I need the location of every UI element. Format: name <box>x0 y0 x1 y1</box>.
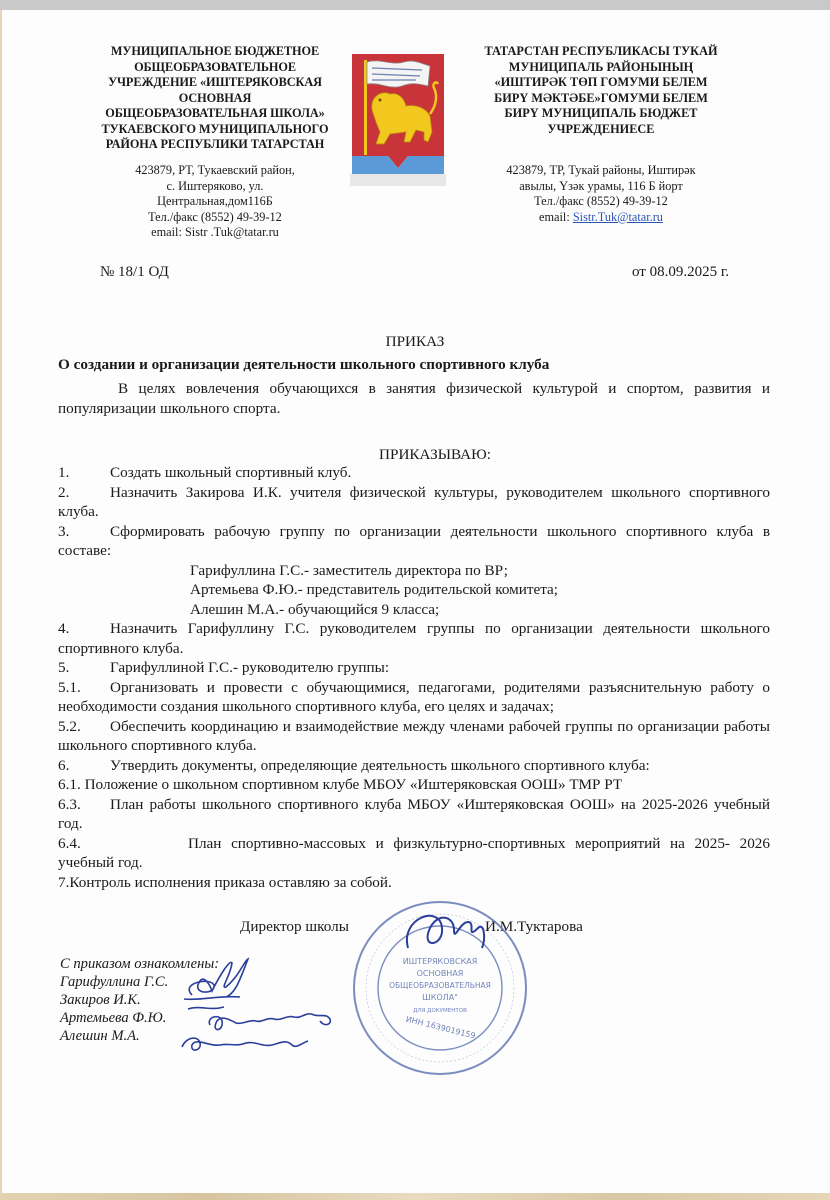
item-number: 5. <box>58 658 110 678</box>
item-text: Создать школьный спортивный клуб. <box>110 464 351 481</box>
item-text: Утвердить документы, определяющие деятел… <box>110 757 650 774</box>
order-items: 1.Создать школьный спортивный клуб. 2.На… <box>58 463 770 892</box>
address-line: 423879, ТР, Тукай районы, Иштирәк <box>462 163 740 179</box>
order-item: 5.Гарифуллиной Г.С.- руководителю группы… <box>58 658 770 678</box>
address-line: авылы, Үзәк урамы, 116 Б йорт <box>462 179 740 195</box>
item-number: 6. <box>58 756 110 776</box>
svg-text:ОСНОВНАЯ: ОСНОВНАЯ <box>417 969 464 978</box>
group-member: Артемьева Ф.Ю.- представитель родительск… <box>58 580 770 600</box>
item-number: 6.4. <box>58 834 188 854</box>
org-line: «ИШТИРӘК ТӨП ГОМУМИ БЕЛЕМ <box>462 75 740 91</box>
org-line: ОБЩЕОБРАЗОВАТЕЛЬНОЕ <box>80 60 350 76</box>
document-subject: О создании и организации деятельности шк… <box>58 356 549 374</box>
document-type: ПРИКАЗ <box>0 333 830 351</box>
scan-bottom-edge <box>0 1193 830 1200</box>
org-line: ТУКАЕВСКОГО МУНИЦИПАЛЬНОГО <box>80 122 350 138</box>
order-item: 6.1. Положение о школьном спортивном клу… <box>58 775 770 795</box>
org-line: ОСНОВНАЯ <box>80 91 350 107</box>
org-line: ОБЩЕОБРАЗОВАТЕЛЬНАЯ ШКОЛА» <box>80 106 350 122</box>
item-number: 7. <box>58 874 69 891</box>
scan-top-border <box>0 0 830 10</box>
org-name-tatar: ТАТАРСТАН РЕСПУБЛИКАСЫ ТУКАЙ МУНИЦИПАЛЬ … <box>462 44 740 137</box>
item-text: Контроль исполнения приказа оставляю за … <box>69 874 391 891</box>
org-line: РАЙОНА РЕСПУБЛИКИ ТАТАРСТАН <box>80 137 350 153</box>
svg-text:ИНН 1639019159: ИНН 1639019159 <box>405 1015 477 1041</box>
svg-text:ШКОЛА": ШКОЛА" <box>422 993 458 1002</box>
org-line: БИРҮ МӘКТӘБЕ»ГОМУМИ БЕЛЕМ <box>462 91 740 107</box>
phone-line: Тел./факс (8552) 49-39-12 <box>462 194 740 210</box>
email-line: email: Sistr.Tuk@tatar.ru <box>462 210 740 226</box>
svg-text:ОБЩЕОБРАЗОВАТЕЛЬНАЯ: ОБЩЕОБРАЗОВАТЕЛЬНАЯ <box>389 981 491 990</box>
item-text: Назначить Закирова И.К. учителя физическ… <box>58 484 770 521</box>
item-text: Организовать и провести с обучающимися, … <box>58 679 770 716</box>
svg-text:ДЛЯ ДОКУМЕНТОВ: ДЛЯ ДОКУМЕНТОВ <box>413 1008 467 1014</box>
org-line: МУНИЦИПАЛЬНОЕ БЮДЖЕТНОЕ <box>80 44 350 60</box>
item-text: Сформировать рабочую группу по организац… <box>58 523 770 560</box>
document-number: № 18/1 ОД <box>100 264 169 281</box>
order-item: 6.4.План спортивно-массовых и физкультур… <box>58 834 770 873</box>
email-line: email: Sistr .Tuk@tatar.ru <box>80 225 350 241</box>
order-item: 6.Утвердить документы, определяющие деят… <box>58 756 770 776</box>
item-number: 5.2. <box>58 717 110 737</box>
svg-text:ИШТЕРЯКОВСКАЯ: ИШТЕРЯКОВСКАЯ <box>403 957 478 966</box>
order-item: 5.1.Организовать и провести с обучающими… <box>58 678 770 717</box>
address-tatar: 423879, ТР, Тукай районы, Иштирәк авылы,… <box>462 163 740 225</box>
item-number: 1. <box>58 463 110 483</box>
org-line: БИРҮ МУНИЦИПАЛЬ БЮДЖЕТ <box>462 106 740 122</box>
address-line: 423879, РТ, Тукаевский район, <box>80 163 350 179</box>
org-line: МУНИЦИПАЛЬ РАЙОНЫНЫҢ <box>462 60 740 76</box>
item-text: Положение о школьном спортивном клубе МБ… <box>85 776 623 793</box>
address-line: Центральная,дом116Б <box>80 194 350 210</box>
order-heading: ПРИКАЗЫВАЮ: <box>20 446 830 464</box>
order-item: 2.Назначить Закирова И.К. учителя физиче… <box>58 483 770 522</box>
org-name-russian: МУНИЦИПАЛЬНОЕ БЮДЖЕТНОЕ ОБЩЕОБРАЗОВАТЕЛЬ… <box>80 44 350 153</box>
item-number: 5.1. <box>58 678 110 698</box>
coat-of-arms-icon <box>350 52 446 186</box>
item-number: 2. <box>58 483 110 503</box>
intro-paragraph: В целях вовлечения обучающихся в занятия… <box>58 379 770 418</box>
org-line: ТАТАРСТАН РЕСПУБЛИКАСЫ ТУКАЙ <box>462 44 740 60</box>
org-line: УЧРЕЖДЕНИЕСЕ <box>462 122 740 138</box>
phone-line: Тел./факс (8552) 49-39-12 <box>80 210 350 226</box>
group-member: Алешин М.А.- обучающийся 9 класса; <box>58 600 770 620</box>
item-number: 3. <box>58 522 110 542</box>
item-text: Назначить Гарифуллину Г.С. руководителем… <box>58 620 770 657</box>
address-line: с. Иштеряково, ул. <box>80 179 350 195</box>
item-text: План работы школьного спортивного клуба … <box>58 796 770 833</box>
address-russian: 423879, РТ, Тукаевский район, с. Иштеряк… <box>80 163 350 241</box>
item-number: 4. <box>58 619 110 639</box>
org-line: УЧРЕЖДЕНИЕ «ИШТЕРЯКОВСКАЯ <box>80 75 350 91</box>
order-item: 3.Сформировать рабочую группу по организ… <box>58 522 770 561</box>
order-item: 4.Назначить Гарифуллину Г.С. руководител… <box>58 619 770 658</box>
order-item: 5.2.Обеспечить координацию и взаимодейст… <box>58 717 770 756</box>
item-number: 6.1. <box>58 776 81 793</box>
item-text: Гарифуллиной Г.С.- руководителю группы: <box>110 659 389 676</box>
handwritten-signatures-icon <box>170 955 360 1060</box>
official-stamp-icon: ИШТЕРЯКОВСКАЯ ОСНОВНАЯ ОБЩЕОБРАЗОВАТЕЛЬН… <box>350 898 530 1078</box>
scan-left-edge <box>0 10 2 1195</box>
item-text: Обеспечить координацию и взаимодействие … <box>58 718 770 755</box>
document-date: от 08.09.2025 г. <box>632 264 729 281</box>
item-number: 6.3. <box>58 795 110 815</box>
director-position: Директор школы <box>240 918 349 936</box>
email-label: email: <box>539 210 573 224</box>
order-item: 1.Создать школьный спортивный клуб. <box>58 463 770 483</box>
order-item: 6.3.План работы школьного спортивного кл… <box>58 795 770 834</box>
email-link[interactable]: Sistr.Tuk@tatar.ru <box>573 210 663 224</box>
order-item: 7.Контроль исполнения приказа оставляю з… <box>58 873 770 893</box>
group-member: Гарифуллина Г.С.- заместитель директора … <box>58 561 770 581</box>
